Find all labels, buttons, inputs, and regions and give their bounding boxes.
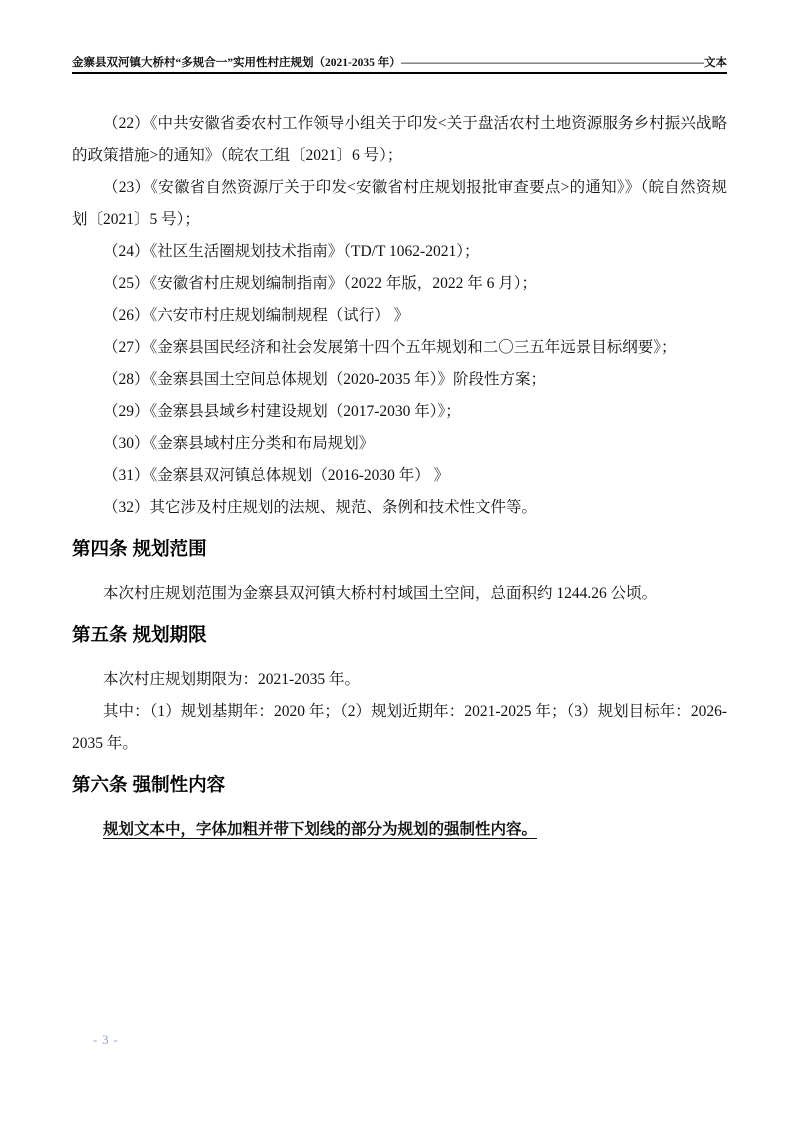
reference-item: （31）《金寨县双河镇总体规划（2016-2030 年） 》 [72, 460, 727, 492]
reference-item: （29）《金寨县县域乡村建设规划（2017-2030 年）》； [72, 396, 727, 428]
document-page: 金寨县双河镇大桥村“多规合一”实用性村庄规划（2021-2035 年） ————… [0, 0, 793, 1122]
page-number: - 3 - [93, 1033, 119, 1048]
reference-item: （28）《金寨县国土空间总体规划（2020-2035 年）》阶段性方案； [72, 364, 727, 396]
reference-item: （22）《中共安徽省委农村工作领导小组关于印发<关于盘活农村土地资源服务乡村振兴… [72, 108, 727, 172]
reference-list: （22）《中共安徽省委农村工作领导小组关于印发<关于盘活农村土地资源服务乡村振兴… [72, 108, 727, 524]
section-heading-article-6: 第六条 强制性内容 [72, 772, 727, 798]
reference-item: （32）其它涉及村庄规划的法规、规范、条例和技术性文件等。 [72, 492, 727, 524]
reference-item: （30）《金寨县域村庄分类和布局规划》 [72, 428, 727, 460]
running-header-title: 金寨县双河镇大桥村“多规合一”实用性村庄规划（2021-2035 年） [72, 55, 401, 71]
section-article-5: 第五条 规划期限 本次村庄规划期限为：2021-2035 年。 其中：（1）规划… [72, 622, 727, 760]
paragraph: 本次村庄规划范围为金寨县双河镇大桥村村域国土空间，总面积约 1244.26 公顷… [72, 578, 727, 610]
reference-item: （26）《六安市村庄规划编制规程（试行） 》 [72, 300, 727, 332]
mandatory-content-emphasis: 规划文本中，字体加粗并带下划线的部分为规划的强制性内容。 [72, 814, 727, 846]
reference-item: （25）《安徽省村庄规划编制指南》（2022 年版，2022 年 6 月）； [72, 268, 727, 300]
reference-item: （23）《安徽省自然资源厅关于印发<安徽省村庄规划报批审查要点>的通知》》（皖自… [72, 172, 727, 236]
running-header-suffix: 文本 [704, 55, 727, 71]
running-header-dash-filler: —————————————————————————————————————— [401, 55, 704, 71]
reference-item: （27）《金寨县国民经济和社会发展第十四个五年规划和二〇三五年远景目标纲要》； [72, 332, 727, 364]
paragraph: 本次村庄规划期限为：2021-2035 年。 [72, 664, 727, 696]
section-heading-article-4: 第四条 规划范围 [72, 536, 727, 562]
page-content: 金寨县双河镇大桥村“多规合一”实用性村庄规划（2021-2035 年） ————… [72, 55, 727, 846]
section-article-4: 第四条 规划范围 本次村庄规划范围为金寨县双河镇大桥村村域国土空间，总面积约 1… [72, 536, 727, 610]
section-heading-article-5: 第五条 规划期限 [72, 622, 727, 648]
paragraph: 其中：（1）规划基期年：2020 年；（2）规划近期年：2021-2025 年；… [72, 696, 727, 760]
reference-item: （24）《社区生活圈规划技术指南》（TD/T 1062-2021）； [72, 236, 727, 268]
running-header: 金寨县双河镇大桥村“多规合一”实用性村庄规划（2021-2035 年） ————… [72, 55, 727, 74]
section-article-6: 第六条 强制性内容 规划文本中，字体加粗并带下划线的部分为规划的强制性内容。 [72, 772, 727, 846]
